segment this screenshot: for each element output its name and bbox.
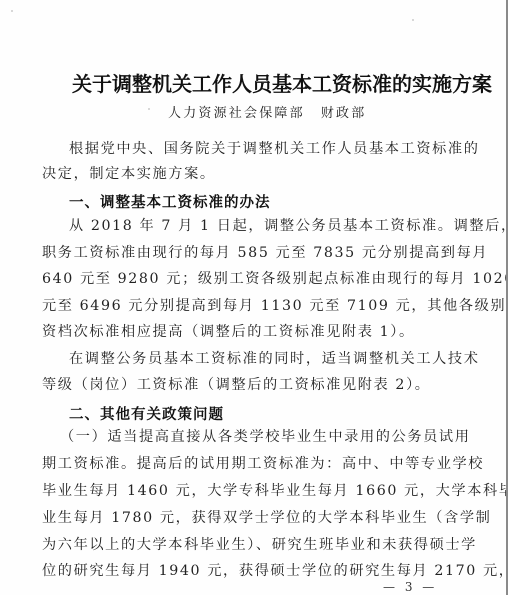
scan-speck: [412, 19, 414, 21]
paragraph-line: 业生每月 1780 元，获得双学士学位的大学本科毕业生（含学制: [42, 509, 491, 527]
paragraph-line: 位的研究生每月 1940 元，获得硕士学位的研究生每月 2170 元，: [42, 562, 508, 580]
document-page: 关于调整机关工作人员基本工资标准的实施方案 人力资源社会保障部财政部 根据党中央…: [0, 0, 506, 595]
scan-speck: [11, 10, 13, 12]
paragraph-line: 资档次标准相应提高（调整后的工资标准见附表 1）。: [42, 323, 415, 341]
paragraph-line: 期工资标准。提高后的试用期工资标准为：高中、中等专业学校: [42, 455, 484, 473]
paragraph-line: （一）适当提高直接从各类学校毕业生中录用的公务员试用: [60, 428, 470, 446]
issuer-mof: 财政部: [321, 106, 367, 121]
section-heading: 一、调整基本工资标准的办法: [69, 191, 271, 212]
paragraph-line: 从 2018 年 7 月 1 日起，调整公务员基本工资标准。调整后，: [69, 217, 508, 235]
scan-speck: [148, 108, 150, 110]
section-heading: 二、其他有关政策问题: [69, 403, 224, 424]
paragraph-line: 毕业生每月 1460 元，大学专科毕业生每月 1660 元，大学本科毕: [42, 482, 508, 500]
page-number: — 3 —: [383, 580, 437, 594]
paragraph-line: 决定，制定本实施方案。: [42, 165, 216, 183]
paragraph-line: 元至 6496 元分别提高到每月 1130 元至 7109 元，其他各级别工: [42, 297, 508, 315]
paragraph-line: 在调整公务员基本工资标准的同时，适当调整机关工人技术: [69, 350, 479, 368]
issuers: 人力资源社会保障部财政部: [168, 102, 366, 121]
paragraph-line: 职务工资标准由现行的每月 585 元至 7835 元分别提高到每月: [42, 244, 488, 262]
paragraph-line: 640 元至 9280 元；级别工资各级别起点标准由现行的每月 1020: [42, 270, 508, 288]
paragraph-line: 等级（岗位）工资标准（调整后的工资标准见附表 2）。: [42, 376, 431, 394]
issuer-mohrss: 人力资源社会保障部: [168, 106, 305, 121]
document-title: 关于调整机关工作人员基本工资标准的实施方案: [72, 68, 452, 97]
paragraph-line: 根据党中央、国务院关于调整机关工作人员基本工资标准的: [69, 140, 479, 158]
paragraph-line: 为六年以上的大学本科毕业生）、研究生班毕业和未获得硕士学: [42, 536, 477, 554]
